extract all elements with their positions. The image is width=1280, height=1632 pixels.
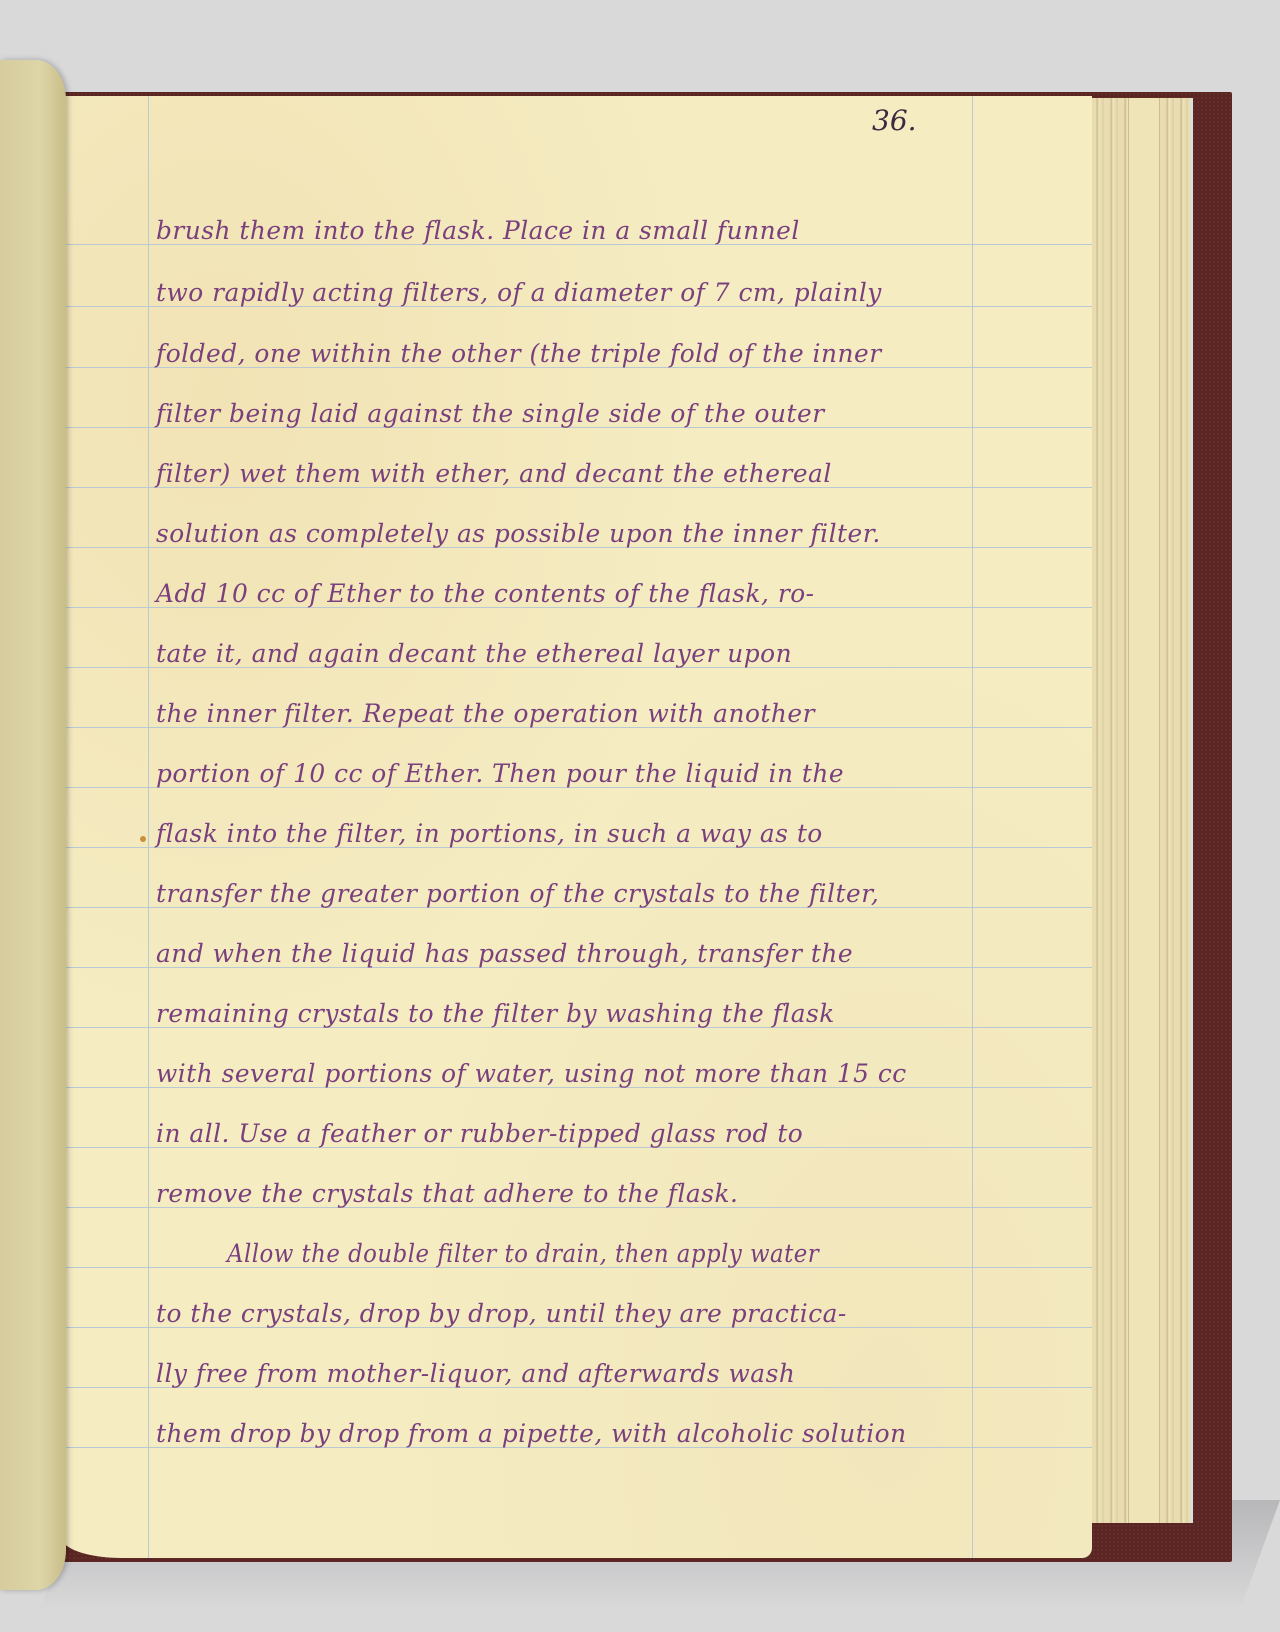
ink-spot xyxy=(140,836,146,842)
left-margin-line xyxy=(148,96,149,1558)
handwritten-line: solution as completely as possible upon … xyxy=(156,519,971,548)
page-edge-inner xyxy=(1128,98,1160,1523)
handwritten-line: two rapidly acting filters, of a diamete… xyxy=(156,278,971,307)
handwritten-line: in all. Use a feather or rubber-tipped g… xyxy=(156,1119,971,1148)
handwritten-line: lly free from mother-liquor, and afterwa… xyxy=(156,1359,971,1388)
handwritten-line: and when the liquid has passed through, … xyxy=(156,939,971,968)
handwritten-line: transfer the greater portion of the crys… xyxy=(156,879,971,908)
page-edges xyxy=(1090,98,1193,1523)
handwritten-line: Allow the double filter to drain, then a… xyxy=(227,1239,977,1268)
handwritten-line: remove the crystals that adhere to the f… xyxy=(156,1179,971,1208)
handwritten-line: them drop by drop from a pipette, with a… xyxy=(156,1419,971,1448)
right-margin-line xyxy=(972,96,973,1558)
handwritten-line: flask into the filter, in portions, in s… xyxy=(156,819,971,848)
handwritten-line: filter) wet them with ether, and decant … xyxy=(156,459,971,488)
notebook-photo: 36. brush them into the flask. Place in … xyxy=(0,0,1280,1632)
handwritten-line: with several portions of water, using no… xyxy=(156,1059,971,1088)
notebook-page: 36. brush them into the flask. Place in … xyxy=(62,96,1092,1558)
left-page-curl xyxy=(0,60,66,1590)
handwritten-line: folded, one within the other (the triple… xyxy=(156,339,971,368)
handwritten-line: to the crystals, drop by drop, until the… xyxy=(156,1299,971,1328)
handwritten-line: brush them into the flask. Place in a sm… xyxy=(156,216,971,245)
handwritten-line: the inner filter. Repeat the operation w… xyxy=(156,699,971,728)
handwritten-line: tate it, and again decant the ethereal l… xyxy=(156,639,971,668)
handwritten-line: filter being laid against the single sid… xyxy=(156,399,971,428)
handwritten-line: portion of 10 cc of Ether. Then pour the… xyxy=(156,759,971,788)
handwritten-line: remaining crystals to the filter by wash… xyxy=(156,999,971,1028)
page-number: 36. xyxy=(872,104,917,137)
handwritten-line: Add 10 cc of Ether to the contents of th… xyxy=(156,579,971,608)
